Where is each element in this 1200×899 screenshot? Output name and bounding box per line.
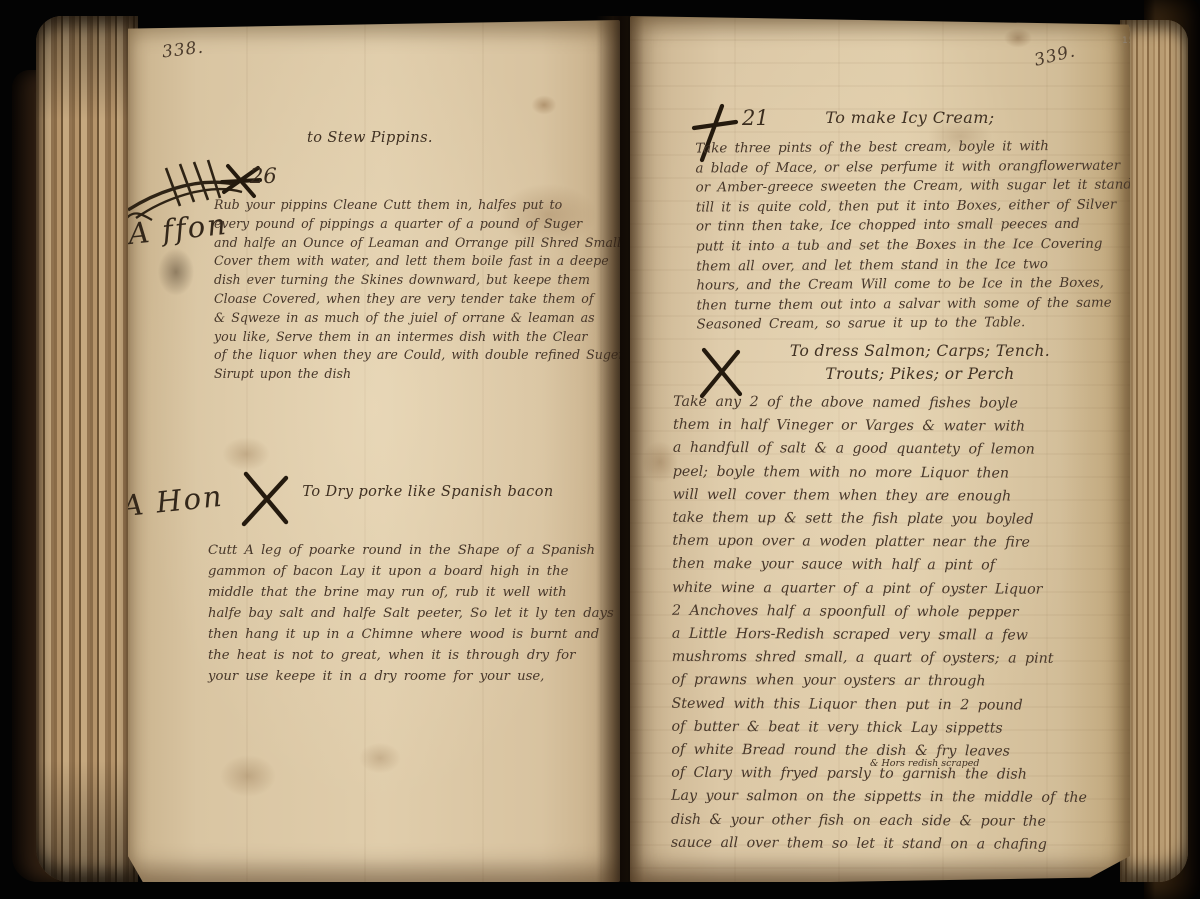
recipe-text-dress-salmon: Take any 2 of the above named fishes boy… xyxy=(671,391,1143,858)
manuscript-line: then turne them out into a salvar with s… xyxy=(696,293,1136,316)
recipe-text-icy-cream: Take three pints of the best cream, boyl… xyxy=(695,136,1136,335)
manuscript-line: of prawns when your oysters ar through xyxy=(672,669,1142,695)
manuscript-line: of butter & beat it very thick Lay sippe… xyxy=(671,716,1141,742)
recipe-heading-icy-cream: To make Icy Cream; xyxy=(780,108,1040,127)
manuscript-line: Cover them with water, and lett them boi… xyxy=(214,252,610,271)
manuscript-line: Rub your pippins Cleane Cutt them in, ha… xyxy=(214,196,610,215)
recipe-text-dry-porke: Cutt A leg of poarke round in the Shape … xyxy=(208,540,608,687)
right-page: 158 339. 21 To make Icy Cream; Take thre… xyxy=(630,16,1130,882)
manuscript-line: will well cover them when they are enoug… xyxy=(673,484,1143,510)
manuscript-line: Seasoned Cream, so sarue it up to the Ta… xyxy=(697,313,1137,336)
book-gutter-shadow xyxy=(596,16,644,882)
manuscript-line: then hang it up in a Chimne where wood i… xyxy=(208,624,608,645)
manuscript-line: then make your sauce with half a pint of xyxy=(672,553,1142,579)
manuscript-line: Cutt A leg of poarke round in the Shape … xyxy=(208,540,608,561)
manuscript-line: the heat is not to great, when it is thr… xyxy=(208,645,608,666)
recipe-number-26: 26 xyxy=(250,164,277,188)
manuscript-line: mushroms shred small, a quart of oysters… xyxy=(672,646,1142,672)
manuscript-line: and halfe an Ounce of Leaman and Orrange… xyxy=(214,234,610,253)
recipe-number-21: 21 xyxy=(742,106,769,130)
manuscript-line: Stewed with this Liquor then put in 2 po… xyxy=(672,692,1142,718)
recipe-heading-stew-pippins: to Stew Pippins. xyxy=(220,130,520,146)
manuscript-line: them upon over a woden platter near the … xyxy=(672,530,1142,556)
left-page: 338. to Stew Pippins. 26 A ffon Rub your… xyxy=(128,20,620,882)
manuscript-line: Take any 2 of the above named fishes boy… xyxy=(673,391,1143,417)
manuscript-line: 2 Anchoves half a spoonfull of whole pep… xyxy=(672,600,1142,626)
manuscript-line: of Clary with fryed parsly to garnish th… xyxy=(671,762,1141,788)
recipe-heading-dry-porke: To Dry porke like Spanish bacon xyxy=(278,484,578,500)
manuscript-line: every pound of pippings a quarter of a p… xyxy=(214,215,610,234)
manuscript-line: dish ever turning the Skines downward, b… xyxy=(214,271,610,290)
manuscript-line: white wine a quarter of a pint of oyster… xyxy=(672,576,1142,602)
margin-annotation-ahon: A Hon xyxy=(121,479,226,523)
manuscript-line: take them up & sett the fish plate you b… xyxy=(672,507,1142,533)
manuscript-line: a handfull of salt & a good quantety of … xyxy=(673,437,1143,463)
manuscript-line: & Sqweze in as much of the juiel of orra… xyxy=(214,309,610,328)
manuscript-line: a Little Hors-Redish scraped very small … xyxy=(672,623,1142,649)
manuscript-line: putt it into a tub and set the Boxes in … xyxy=(696,234,1136,257)
manuscript-line: Lay your salmon on the sippetts in the m… xyxy=(671,785,1141,811)
recipe-text-stew-pippins: Rub your pippins Cleane Cutt them in, ha… xyxy=(214,196,610,384)
manuscript-line: them in half Vineger or Varges & water w… xyxy=(673,414,1143,440)
manuscript-line: Sirupt upon the dish xyxy=(214,365,610,384)
manuscript-line: of white Bread round the dish & fry leav… xyxy=(671,739,1141,765)
manuscript-line: gammon of bacon Lay it upon a board high… xyxy=(208,561,608,582)
manuscript-line: you like, Serve them in an intermes dish… xyxy=(214,328,610,347)
right-page-edge-stack xyxy=(1120,20,1188,882)
manuscript-line: peel; boyle them with no more Liquor the… xyxy=(673,460,1143,486)
recipe-heading-dress-salmon-line2: Trouts; Pikes; or Perch xyxy=(770,365,1070,383)
manuscript-line: hours, and the Cream Will come to be Ice… xyxy=(696,274,1136,297)
manuscript-book-photo: 338. to Stew Pippins. 26 A ffon Rub your… xyxy=(0,0,1200,899)
left-page-edge-stack xyxy=(36,16,138,882)
manuscript-line: dish & your other fish on each side & po… xyxy=(671,808,1141,834)
manuscript-line: Cloase Covered, when they are very tende… xyxy=(214,290,610,309)
manuscript-line: halfe bay salt and halfe Salt peeter, So… xyxy=(208,603,608,624)
left-page-number: 338. xyxy=(161,38,205,63)
recipe-heading-dress-salmon-line1: To dress Salmon; Carps; Tench. xyxy=(770,342,1070,360)
manuscript-line: middle that the brine may run of, rub it… xyxy=(208,582,608,603)
right-page-number: 339. xyxy=(1032,41,1077,71)
manuscript-line: of the liquor when they are Could, with … xyxy=(214,346,610,365)
manuscript-line: sauce all over them so let it stand on a… xyxy=(671,832,1141,858)
manuscript-line: your use keepe it in a dry roome for you… xyxy=(208,666,608,687)
